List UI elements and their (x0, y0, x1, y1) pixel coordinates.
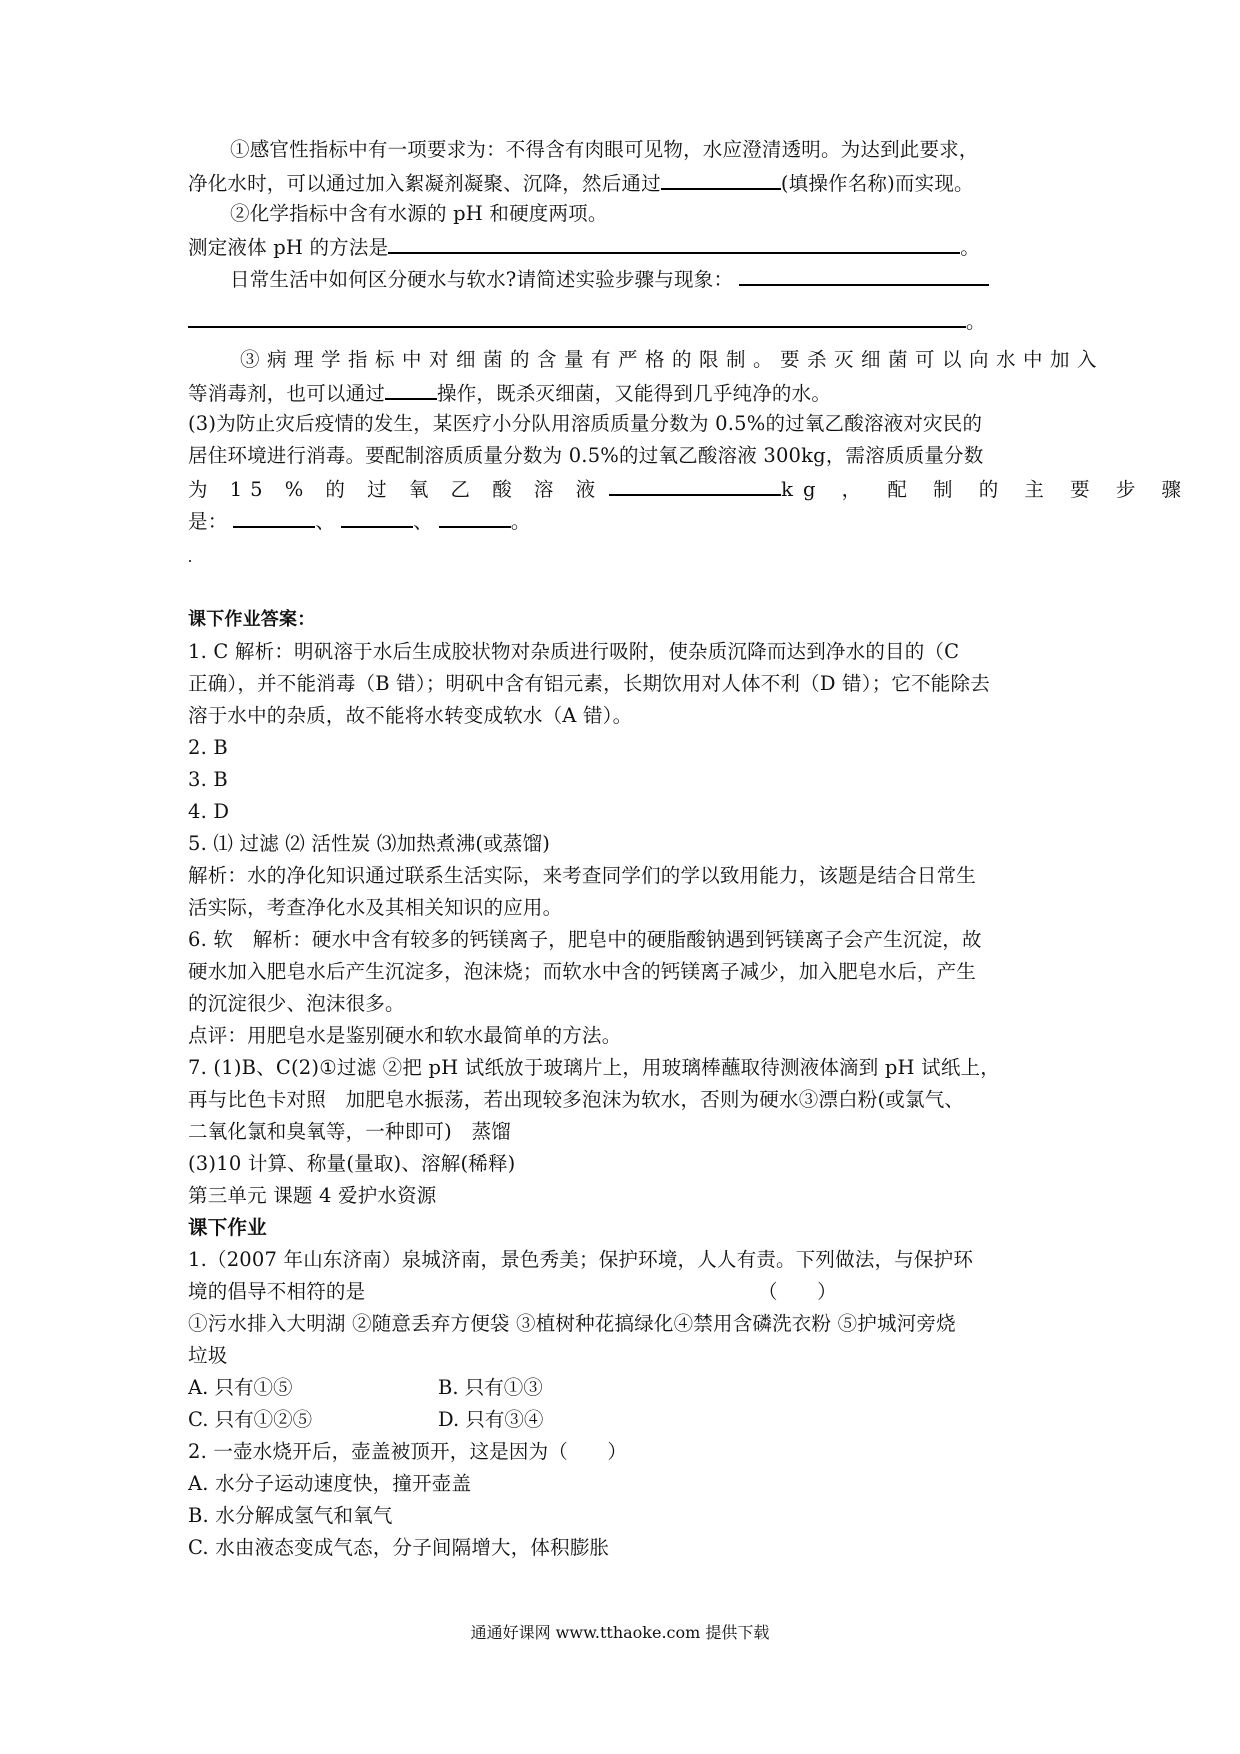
paragraph-line: 测定液体 pH 的方法是。 (188, 230, 980, 264)
answer-line: 3. B (188, 764, 228, 796)
paragraph-line: (3)为防止灾后疫情的发生，某医疗小分队用溶质质量分数为 0.5%的过氧乙酸溶液… (188, 408, 982, 440)
answer-paren: （ ） (758, 1276, 837, 1308)
answer-line: 点评：用肥皂水是鉴别硬水和软水最简单的方法。 (188, 1020, 621, 1052)
text-segment: 。 (960, 236, 980, 259)
choice-option: D. 只有③④ (438, 1404, 543, 1436)
answers-heading: 课下作业答案： (188, 604, 315, 636)
text-segment: 等消毒剂，也可以通过 (188, 382, 385, 405)
question-line: ①污水排入大明湖 ②随意丢弃方便袋 ③植树种花搞绿化④禁用含磷洗衣粉 ⑤护城河旁… (188, 1308, 956, 1340)
fill-blank (609, 472, 781, 496)
text-segment: 是： (188, 510, 227, 533)
paragraph-line: 。 (188, 304, 986, 338)
question-line: 1.（2007 年山东济南）泉城济南，景色秀美；保护环境，人人有责。下列做法，与… (188, 1244, 973, 1276)
text-segment: 测定液体 pH 的方法是 (188, 236, 388, 259)
fill-blank (388, 230, 960, 254)
fill-blank (341, 504, 413, 528)
fill-blank (385, 376, 437, 400)
choice-option: A. 只有①⑤ (188, 1376, 292, 1399)
text-segment: 操作，既杀灭细菌，又能得到几乎纯净的水。 (437, 382, 831, 405)
answer-line: 硬水加入肥皂水后产生沉淀多，泡沫烧；而软水中含的钙镁离子减少，加入肥皂水后，产生 (188, 956, 976, 988)
page-footer: 通通好课网 www.tthaoke.com 提供下载 (0, 1620, 1240, 1643)
choice-option: C. 水由液态变成气态，分子间隔增大，体积膨胀 (188, 1532, 609, 1564)
question-line: 垃圾 (188, 1340, 227, 1372)
answer-line: 1. C 解析：明矾溶于水后生成胶状物对杂质进行吸附，使杂质沉降而达到净水的目的… (188, 636, 959, 668)
paragraph-line: ②化学指标中含有水源的 pH 和硬度两项。 (230, 198, 608, 230)
paragraph-line: 等消毒剂，也可以通过操作，既杀灭细菌，又能得到几乎纯净的水。 (188, 376, 831, 410)
fill-blank (661, 166, 781, 190)
choice-option: B. 水分解成氢气和氧气 (188, 1500, 393, 1532)
choice-option: A. 水分子运动速度快，撞开壶盖 (188, 1468, 471, 1500)
text-segment: kg ， 配 制 的 主 要 步 骤 (781, 478, 1191, 501)
choice-option: B. 只有①③ (438, 1372, 543, 1404)
answer-line: 4. D (188, 796, 229, 828)
paragraph-line: ③病理学指标中对细菌的含量有严格的限制。要杀灭细菌可以向水中加入 (240, 344, 1104, 376)
text-segment: 、 (413, 510, 433, 533)
choice-option: C. 只有①②⑤ (188, 1408, 312, 1431)
answer-line: 溶于水中的杂质，故不能将水转变成软水（A 错）。 (188, 700, 632, 732)
fill-blank (439, 504, 511, 528)
answer-line: 正确），并不能消毒（B 错）；明矾中含有铝元素，长期饮用对人体不利（D 错）；它… (188, 668, 990, 700)
document-page: ①感官性指标中有一项要求为：不得含有肉眼可见物，水应澄清透明。为达到此要求， 净… (0, 0, 1240, 1754)
text-segment: 、 (315, 510, 335, 533)
text-segment: 为 15 % 的 过 氧 乙 酸 溶 液 (188, 478, 603, 501)
question-line: 2. 一壶水烧开后，壶盖被顶开，这是因为（ ） (188, 1436, 627, 1468)
fill-blank (188, 304, 966, 328)
scan-speck (189, 560, 191, 562)
answer-line: 再与比色卡对照 加肥皂水振荡，若出现较多泡沫为软水，否则为硬水③漂白粉(或氯气、 (188, 1084, 964, 1116)
answer-line: 活实际，考查净化水及其相关知识的应用。 (188, 892, 562, 924)
text-segment: (填操作名称)而实现。 (781, 172, 974, 195)
choice-row: A. 只有①⑤ B. 只有①③ (188, 1372, 292, 1404)
text-segment: 。 (966, 310, 986, 333)
answer-line: 的沉淀很少、泡沫很多。 (188, 988, 405, 1020)
paragraph-line: 是：、、。 (188, 504, 531, 538)
paragraph-line: 居住环境进行消毒。要配制溶质质量分数为 0.5%的过氧乙酸溶液 300kg，需溶… (188, 440, 983, 472)
unit-title: 第三单元 课题 4 爱护水资源 (188, 1180, 437, 1212)
answer-line: 5. ⑴ 过滤 ⑵ 活性炭 ⑶加热煮沸(或蒸馏) (188, 828, 550, 860)
answer-line: 6. 软 解析：硬水中含有较多的钙镁离子，肥皂中的硬脂酸钠遇到钙镁离子会产生沉淀… (188, 924, 982, 956)
fill-blank (233, 504, 315, 528)
homework-heading: 课下作业 (188, 1212, 267, 1244)
answer-line: 2. B (188, 732, 228, 764)
answer-line: 二氧化氯和臭氧等，一种即可) 蒸馏 (188, 1116, 511, 1148)
question-line: 境的倡导不相符的是（ ） (188, 1276, 365, 1308)
answer-line: 解析：水的净化知识通过联系生活实际，来考查同学们的学以致用能力，该题是结合日常生 (188, 860, 976, 892)
paragraph-line: 净化水时，可以通过加入絮凝剂凝聚、沉降，然后通过(填操作名称)而实现。 (188, 166, 974, 200)
answer-line: 7. (1)B、C(2)①过滤 ②把 pH 试纸放于玻璃片上，用玻璃棒蘸取待测液… (188, 1052, 1000, 1084)
text-segment: 境的倡导不相符的是 (188, 1280, 365, 1303)
text-segment: 。 (511, 510, 531, 533)
choice-row: C. 只有①②⑤ D. 只有③④ (188, 1404, 312, 1436)
paragraph-line: 为 15 % 的 过 氧 乙 酸 溶 液kg ， 配 制 的 主 要 步 骤 (188, 472, 1191, 506)
paragraph-line: ①感官性指标中有一项要求为：不得含有肉眼可见物，水应澄清透明。为达到此要求， (230, 134, 979, 166)
text-segment: 日常生活中如何区分硬水与软水?请简述实验步骤与现象： (230, 268, 733, 291)
answer-line: (3)10 计算、称量(量取)、溶解(稀释) (188, 1148, 515, 1180)
fill-blank (739, 262, 989, 286)
text-segment: 净化水时，可以通过加入絮凝剂凝聚、沉降，然后通过 (188, 172, 661, 195)
paragraph-line: 日常生活中如何区分硬水与软水?请简述实验步骤与现象： (230, 262, 989, 296)
